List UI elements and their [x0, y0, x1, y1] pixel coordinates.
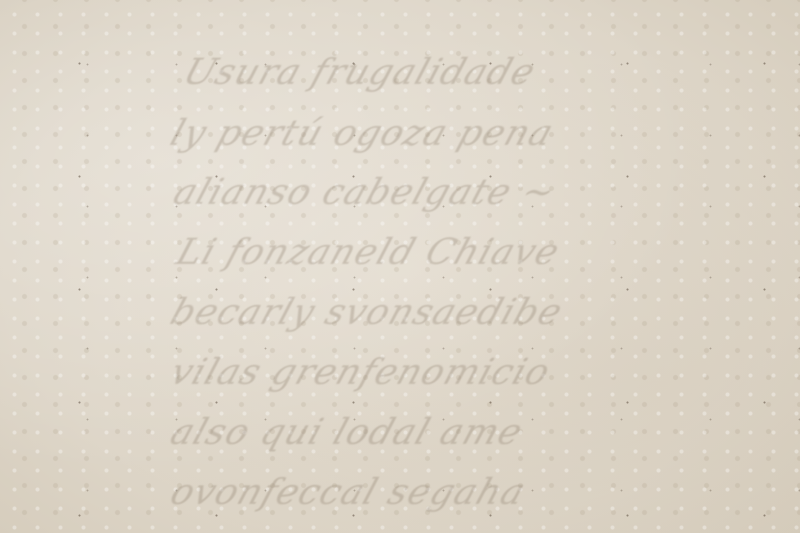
- handwriting-line: vilas grenfenomicio: [165, 352, 555, 393]
- handwriting-line: becarly svonsaedibe: [165, 292, 568, 333]
- handwriting-block: Usura frugalidade ly pertú ogoza pena al…: [0, 0, 800, 533]
- handwriting-line: Li fonzaneld Chiave: [171, 232, 565, 273]
- paper-background: Usura frugalidade ly pertú ogoza pena al…: [0, 0, 800, 533]
- handwriting-line: alianso cabelgate ~: [168, 172, 560, 213]
- handwriting-line: also qui lodal ame: [165, 412, 528, 453]
- handwriting-line: Usura frugalidade: [178, 52, 541, 93]
- handwriting-line: ovonfeccal segaha: [165, 472, 531, 513]
- handwriting-line: ly pertú ogoza pena: [165, 113, 559, 154]
